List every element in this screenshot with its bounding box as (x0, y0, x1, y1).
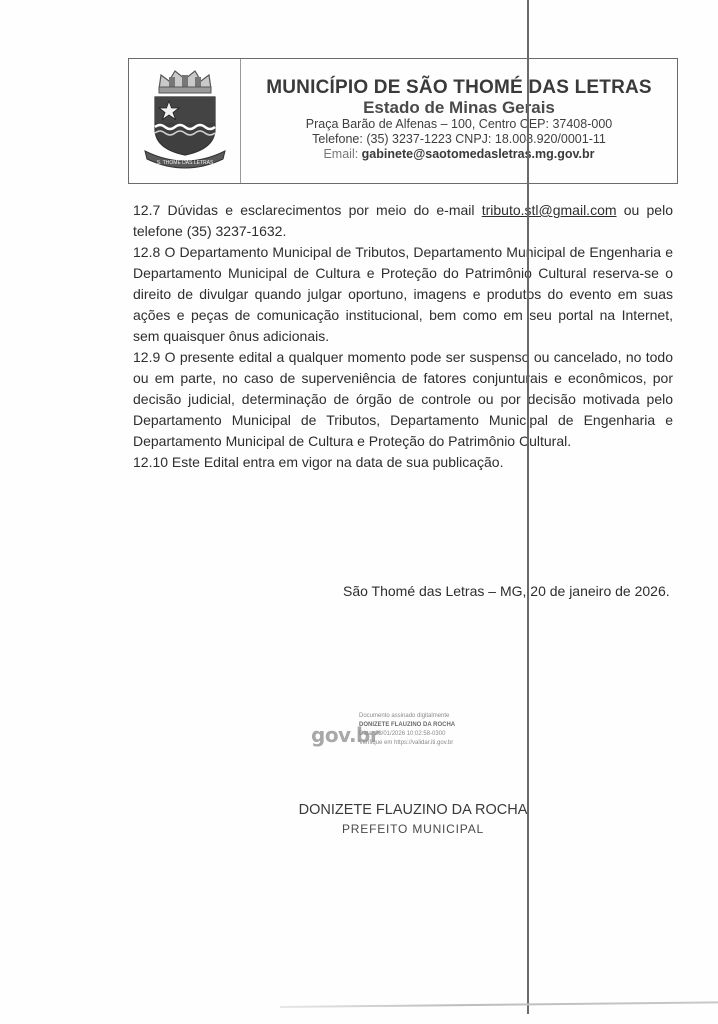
email-address: gabinete@saotomedasletras.mg.gov.br (362, 147, 595, 161)
signature-signer: DONIZETE FLAUZINO DA ROCHA (359, 721, 455, 730)
signature-block: DONIZETE FLAUZINO DA ROCHA PREFEITO MUNI… (290, 800, 536, 838)
municipal-coat-of-arms-icon: S. THOMÉ DAS LETRAS (139, 67, 231, 175)
document-page: S. THOMÉ DAS LETRAS MUNICÍPIO DE SÃO THO… (0, 0, 718, 1024)
municipality-title: MUNICÍPIO DE SÃO THOMÉ DAS LETRAS (241, 78, 677, 98)
signer-role: PREFEITO MUNICIPAL (290, 820, 536, 838)
letterhead: S. THOMÉ DAS LETRAS MUNICÍPIO DE SÃO THO… (128, 58, 678, 184)
edital-clauses: 12.7 Dúvidas e esclarecimentos por meio … (133, 200, 673, 473)
signer-name: DONIZETE FLAUZINO DA ROCHA (290, 800, 536, 820)
place-and-date: São Thomé das Letras – MG, 20 de janeiro… (343, 583, 670, 599)
clause-12-7: 12.7 Dúvidas e esclarecimentos por meio … (133, 200, 673, 242)
signature-details: Documento assinado digitalmente DONIZETE… (359, 712, 455, 748)
letterhead-text: MUNICÍPIO DE SÃO THOMÉ DAS LETRAS Estado… (241, 59, 677, 162)
clause-12-9: 12.9 O presente edital a qualquer moment… (133, 347, 673, 452)
clause-12-7-text: 12.7 Dúvidas e esclarecimentos por meio … (133, 202, 482, 218)
contact-email-link[interactable]: tributo.stl@gmail.com (482, 202, 617, 218)
signature-date: Data: 23/01/2026 10:02:58-0300 (359, 730, 455, 739)
scan-artifact-horizontal-line (280, 1001, 718, 1008)
phone-cnpj: Telefone: (35) 3237-1223 CNPJ: 18.008.92… (241, 132, 677, 147)
clause-12-8: 12.8 O Departamento Municipal de Tributo… (133, 242, 673, 347)
digital-signature-stamp: gov.br Documento assinado digitalmente D… (311, 712, 511, 756)
clause-12-10: 12.10 Este Edital entra em vigor na data… (133, 452, 673, 473)
email-label: Email: (323, 147, 361, 161)
address: Praça Barão de Alfenas – 100, Centro CEP… (241, 117, 677, 132)
signature-verify-link[interactable]: Verifique em https://validar.iti.gov.br (359, 739, 455, 748)
svg-text:S. THOMÉ DAS LETRAS: S. THOMÉ DAS LETRAS (157, 159, 214, 166)
email-line: Email: gabinete@saotomedasletras.mg.gov.… (241, 147, 677, 162)
scan-artifact-vertical-line (527, 0, 529, 1014)
state-name: Estado de Minas Gerais (241, 99, 677, 117)
signature-caption: Documento assinado digitalmente (359, 712, 455, 721)
